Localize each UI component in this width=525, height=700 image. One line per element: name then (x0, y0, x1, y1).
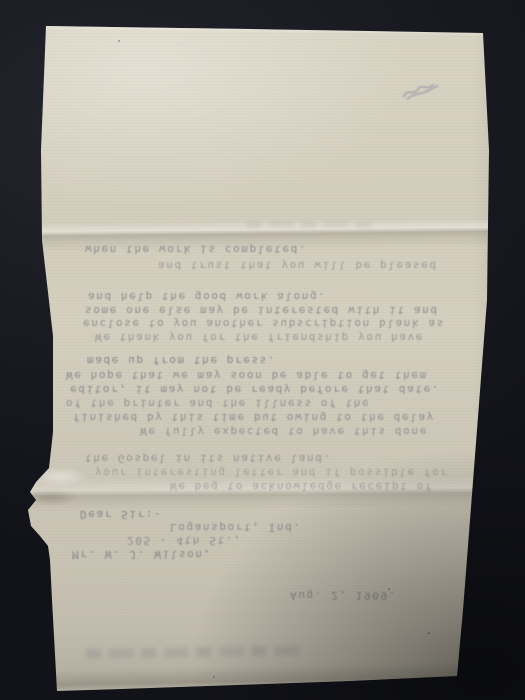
typewritten-line: editor, it may not be ready before that … (70, 383, 440, 395)
typewritten-line: We hope that we may soon be able to get … (66, 369, 428, 381)
ink-bleed-smudge (246, 221, 371, 228)
typewritten-line: enclose to you another subscription blan… (83, 317, 445, 329)
dust-speck (388, 588, 390, 590)
dust-speck (428, 632, 430, 634)
dust-speck (118, 40, 120, 42)
typewritten-line: Dear Sir:- (80, 508, 162, 520)
typewritten-line: the Gospel in its native land. (85, 452, 332, 464)
typewritten-line: finished by this time but owing to the d… (73, 411, 435, 423)
typewritten-line: 205 - 4th St., (127, 534, 242, 546)
typewritten-line: Mr. W. J. Wilson, (72, 548, 212, 560)
photo-backdrop: when the work is completed.and trust tha… (0, 0, 525, 700)
paper-laid-texture (0, 0, 525, 700)
typewritten-line: and help the good work along. (88, 290, 326, 302)
typewritten-line: made up from the press. (87, 354, 276, 366)
typewritten-line: and trust that you will be pleased (158, 259, 438, 271)
typewritten-line: of the printer and the illness of the (66, 397, 370, 409)
dust-speck (213, 676, 215, 678)
typewritten-line: Aug. 2, 1909. (290, 589, 397, 601)
typewritten-line: some one else may be interested with it … (85, 304, 439, 316)
letter-paper: when the work is completed.and trust tha… (0, 0, 525, 700)
typewritten-line: your interesting letter and if possible … (95, 466, 449, 478)
typewritten-line: We thank you for the friendship you have (95, 331, 424, 343)
typewritten-line: We fully expected to have this done (140, 425, 428, 437)
typewritten-line: Logansport, Ind. (170, 521, 302, 533)
typewritten-line: when the work is completed. (85, 243, 307, 255)
typewritten-line: We beg to acknowledge receipt of (170, 480, 433, 492)
